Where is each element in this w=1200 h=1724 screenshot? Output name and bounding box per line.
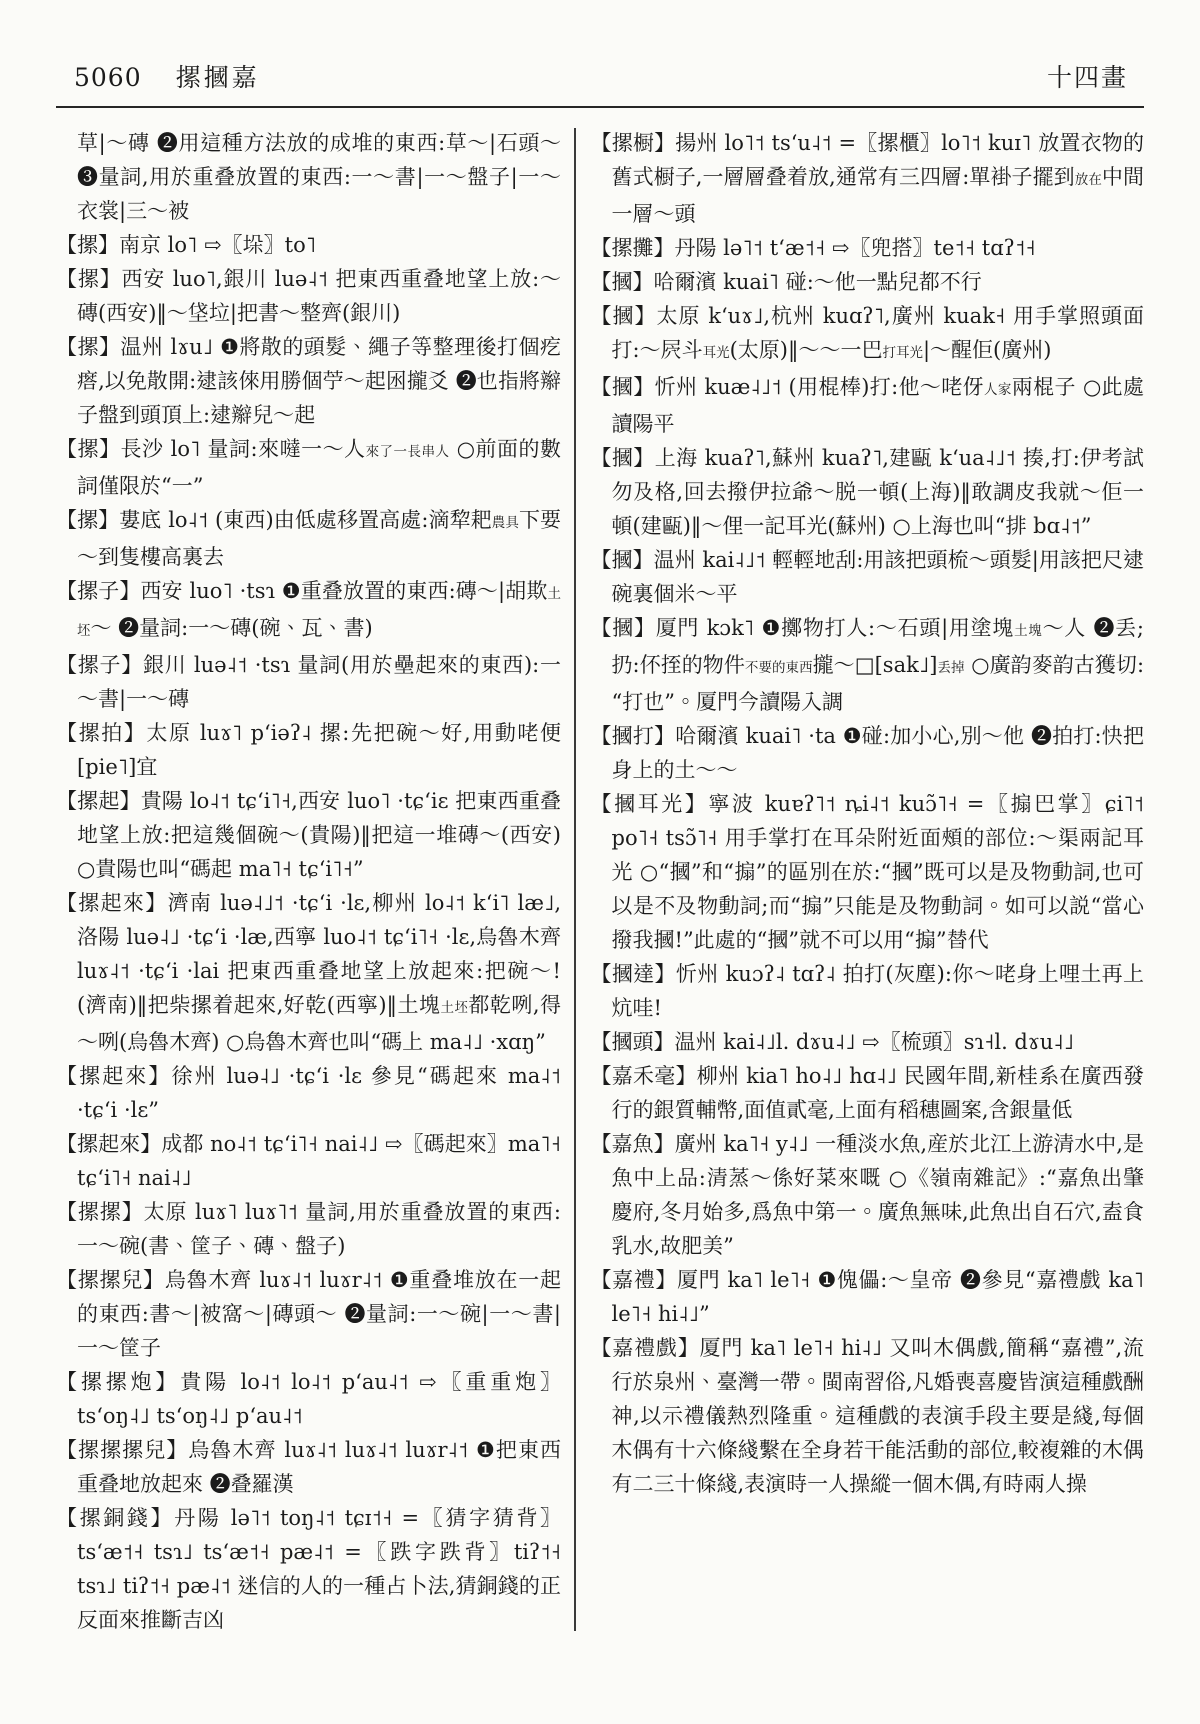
- inline-gloss: 人家: [984, 382, 1012, 398]
- dictionary-entry: 【摑】忻州 kuæ˨˩˦ (用棍棒)打:他～咾伢人家兩棍子 ○此處讀陽平: [591, 370, 1145, 441]
- entry-headword: 【摑】: [591, 548, 654, 572]
- dictionary-entry: 【摑】温州 kai˨˩˦ 輕輕地刮:用該把頭梳～頭髮|用該把尺逮碗裏個米～平: [591, 543, 1145, 611]
- dictionary-entry: 【摑】上海 kuaʔ˥,蘇州 kuaʔ˥,建甌 kʻua˨˩˦ 揍,打:伊考試勿…: [591, 441, 1145, 543]
- dictionary-entry: 【摑】哈爾濱 kuai˥ 碰:～他一點兒都不行: [591, 265, 1145, 299]
- entry-headword: 【摞拍】: [56, 721, 146, 745]
- dictionary-entry: 【摞起來】徐州 luə˨˩ ·tɕʻi ·lɛ 參見“碼起來 ma˨˦ ·tɕʻ…: [56, 1059, 561, 1127]
- inline-gloss: 農具: [492, 515, 519, 531]
- dictionary-entry: 草|～磚 ❷用這種方法放的成堆的東西:草～|石頭～ ❸量詞,用於重叠放置的東西:…: [56, 126, 561, 228]
- entry-headword: 【摞】: [56, 267, 122, 291]
- entry-headword: 【摑頭】: [591, 1030, 675, 1054]
- dictionary-entry: 【摞摞摞兒】烏魯木齊 luɤ˨˦ luɤ˨˦ luɤr˨˦ ❶把東西重叠地放起來…: [56, 1433, 561, 1501]
- entry-headword: 【摞子】: [56, 579, 141, 603]
- page-header: 5060 摞摑嘉 十四畫: [56, 58, 1144, 94]
- dictionary-entry: 【摞摞兒】烏魯木齊 luɤ˨˦ luɤr˨˦ ❶重叠堆放在一起的東西:書～|被窩…: [56, 1263, 561, 1365]
- dictionary-entry: 【摑達】忻州 kuɔʔ˨ tɑʔ˨ 拍打(灰塵):你～咾身上哩土再上炕哇!: [591, 957, 1145, 1025]
- inline-gloss: 丢掉: [937, 660, 964, 676]
- entry-headword: 【摞摞摞兒】: [56, 1438, 188, 1462]
- entry-headword: 【摞】: [56, 335, 120, 359]
- inline-gloss: 來了一長串人: [366, 444, 450, 460]
- entry-headword: 【摞攤】: [591, 236, 675, 260]
- entry-headword: 【摞起來】: [56, 1064, 172, 1088]
- dictionary-entry: 【摞子】西安 luo˥ ·tsɿ ❶重叠放置的東西:磚～|胡欺土坯～ ❷量詞:一…: [56, 574, 561, 648]
- page-number: 5060: [74, 63, 142, 92]
- entry-headword: 【摑達】: [591, 962, 676, 986]
- entry-headword: 【摑耳光】: [591, 792, 709, 816]
- entry-headword: 【摞】: [56, 437, 120, 461]
- column-divider: [574, 128, 576, 1631]
- entry-headword: 【摞子】: [56, 653, 143, 677]
- entry-headword: 【摞摞炮】: [56, 1370, 180, 1394]
- entry-headword: 【嘉魚】: [591, 1132, 675, 1156]
- entry-headword: 【嘉禾毫】: [591, 1064, 697, 1088]
- dictionary-entry: 【摞】婁底 lo˨˦ (東西)由低處移置高處:滴犂耙農具下要～到隻樓高裏去: [56, 503, 561, 574]
- dictionary-entry: 【摞銅錢】丹陽 lə˥˦ toŋ˨˦ tɕɪ˦˧ =〖猜字猜背〗tsʻæ˦˧ t…: [56, 1501, 561, 1637]
- dictionary-entry: 【摞摞】太原 luɤ˥ luɤ˥˦ 量詞,用於重叠放置的東西:一～碗(書、筐子、…: [56, 1195, 561, 1263]
- inline-gloss: 土坯: [77, 586, 561, 639]
- dictionary-entry: 【嘉禾毫】柳州 kia˥ ho˨˩ hɑ˨˩ 民國年間,新桂系在廣西發行的銀質輔…: [591, 1059, 1145, 1127]
- inline-gloss: 耳光: [703, 345, 730, 361]
- inline-gloss: 打耳光: [882, 345, 923, 361]
- entry-headword: 【摞起來】: [56, 891, 168, 915]
- entry-headword: 【摞橱】: [591, 131, 676, 155]
- entry-headword: 【嘉禮】: [591, 1268, 677, 1292]
- inline-gloss: 放在: [1075, 172, 1102, 188]
- dictionary-entry: 【摑頭】温州 kai˨˩l. dɤu˨˩ ⇨〖梳頭〗sɿ˧l. dɤu˨˩: [591, 1025, 1145, 1059]
- dictionary-entry: 【摑耳光】寧波 kuɐʔ˥˦ ȵi˨˦ kuɔ̃˥˧ =〖搧巴掌〗ɕi˥˦ po…: [591, 787, 1145, 957]
- text-columns: 草|～磚 ❷用這種方法放的成堆的東西:草～|石頭～ ❸量詞,用於重叠放置的東西:…: [56, 126, 1144, 1637]
- dictionary-entry: 【摞起來】成都 no˨˦ tɕʻi˥˧ nai˨˩ ⇨〖碼起來〗ma˥˧ tɕʻ…: [56, 1127, 561, 1195]
- dictionary-entry: 【摞起】貴陽 lo˨˦ tɕʻi˥˧,西安 luo˥ ·tɕʻiɛ 把東西重叠地…: [56, 784, 561, 886]
- left-column: 草|～磚 ❷用這種方法放的成堆的東西:草～|石頭～ ❸量詞,用於重叠放置的東西:…: [56, 126, 561, 1637]
- dictionary-entry: 【摑打】哈爾濱 kuai˥ ·ta ❶碰:加小心,別～他 ❷拍打:快把身上的土～…: [591, 719, 1145, 787]
- dictionary-entry: 【摑】太原 kʻuɤ˩,杭州 kuɑʔ˥,廣州 kuak˧ 用手掌照頭面打:～屄…: [591, 299, 1145, 370]
- inline-gloss: 土塊: [1014, 623, 1042, 639]
- inline-gloss: 不要的東西: [745, 660, 813, 676]
- dictionary-entry: 【摞摞炮】貴陽 lo˨˦ lo˨˦ pʻau˨˦ ⇨〖重重炮〗tsʻoŋ˨˩ t…: [56, 1365, 561, 1433]
- entry-headword: 【摑】: [591, 616, 656, 640]
- dictionary-entry: 【摞】南京 lo˥ ⇨〖垛〗to˥: [56, 228, 561, 262]
- entry-headword: 【摞銅錢】: [56, 1506, 174, 1530]
- dictionary-entry: 【摞】西安 luo˥,銀川 luə˨˦ 把東西重叠地望上放:～磚(西安)‖～垡垃…: [56, 262, 561, 330]
- dictionary-entry: 【摑】厦門 kɔk˥ ❶擲物打人:～石頭|用塗塊土塊～人 ❷丢;扔:伓挃的物件不…: [591, 611, 1145, 719]
- dictionary-page: 5060 摞摑嘉 十四畫 草|～磚 ❷用這種方法放的成堆的東西:草～|石頭～ ❸…: [0, 0, 1200, 1724]
- dictionary-entry: 【嘉禮戲】厦門 ka˥ le˥˧ hi˨˩ 又叫木偶戲,簡稱“嘉禮”,流行於泉州…: [591, 1331, 1145, 1501]
- dictionary-entry: 【嘉禮】厦門 ka˥ le˥˧ ❶傀儡:～皇帝 ❷參見“嘉禮戲 ka˥ le˥˧…: [591, 1263, 1145, 1331]
- entry-headword: 【摑】: [591, 304, 657, 328]
- guide-characters: 摞摑嘉: [176, 58, 260, 94]
- dictionary-entry: 【摞子】銀川 luə˨˦ ·tsɿ 量詞(用於壘起來的東西):一～書|一～磚: [56, 648, 561, 716]
- entry-headword: 【摞】: [56, 508, 119, 532]
- page-header-left: 5060 摞摑嘉: [74, 58, 260, 94]
- entry-headword: 【摞摞】: [56, 1200, 144, 1224]
- dictionary-entry: 【摞】温州 lɤu˩ ❶將散的頭髮、繩子等整理後打個疙瘩,以免散開:逮該倈用勝個…: [56, 330, 561, 432]
- entry-headword: 【摞摞兒】: [56, 1268, 165, 1292]
- entry-headword: 【嘉禮戲】: [591, 1336, 700, 1360]
- dictionary-entry: 【摞拍】太原 luɤ˥ pʻiəʔ˨ 摞:先把碗～好,用動咾便[pie˥]宜: [56, 716, 561, 784]
- header-rule: [56, 106, 1144, 108]
- stroke-section-label: 十四畫: [1047, 58, 1128, 94]
- entry-headword: 【摑】: [591, 375, 655, 399]
- inline-gloss: 土坯: [440, 1000, 468, 1016]
- entry-headword: 【摑】: [591, 270, 654, 294]
- right-column: 【摞橱】揚州 lo˥˦ tsʻu˨˦ =〖摞櫃〗lo˥˦ kuɪ˥ 放置衣物的舊…: [591, 126, 1145, 1637]
- dictionary-entry: 【嘉魚】廣州 ka˥˧ y˨˩ 一種淡水魚,産於北江上游清水中,是魚中上品:清蒸…: [591, 1127, 1145, 1263]
- entry-headword: 【摞】: [56, 233, 119, 257]
- dictionary-entry: 【摞】長沙 lo˥ 量詞:來噠一～人來了一長串人 ○前面的數詞僅限於“一”: [56, 432, 561, 503]
- entry-headword: 【摞起來】: [56, 1132, 161, 1156]
- entry-headword: 【摑打】: [591, 724, 676, 748]
- entry-headword: 【摑】: [591, 446, 655, 470]
- dictionary-entry: 【摞起來】濟南 luə˨˩˦ ·tɕʻi ·lɛ,柳州 lo˨˦ kʻi˥ læ…: [56, 886, 561, 1059]
- dictionary-entry: 【摞橱】揚州 lo˥˦ tsʻu˨˦ =〖摞櫃〗lo˥˦ kuɪ˥ 放置衣物的舊…: [591, 126, 1145, 231]
- entry-headword: 【摞起】: [56, 789, 141, 813]
- dictionary-entry: 【摞攤】丹陽 lə˥˦ tʻæ˦˧ ⇨〖兜搭〗te˦˧ tɑʔ˦˧: [591, 231, 1145, 265]
